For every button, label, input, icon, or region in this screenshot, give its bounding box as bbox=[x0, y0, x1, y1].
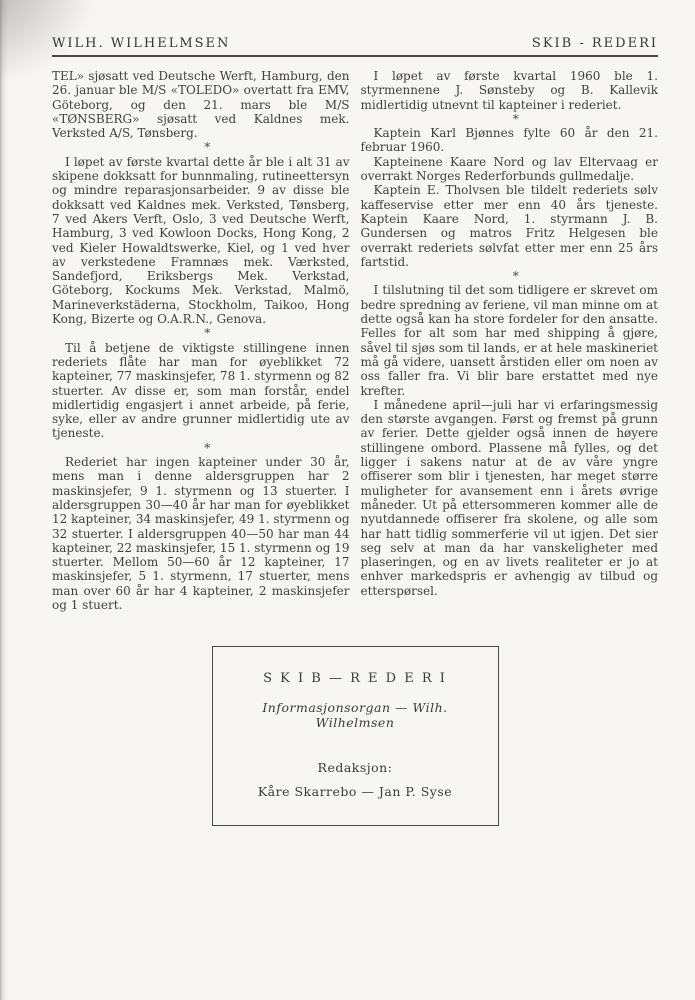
page-header: WILH. WILHELMSEN SKIB - REDERI bbox=[52, 36, 658, 57]
scanned-document-page: { "header": { "left": "WILH. WILHELMSEN"… bbox=[0, 0, 695, 1000]
masthead-subtitle: Informasjonsorgan — Wilh. Wilhelmsen bbox=[225, 700, 486, 730]
right-column: I løpet av første kvartal 1960 ble 1. st… bbox=[361, 69, 659, 612]
masthead-editors-label: Redaksjon: bbox=[225, 760, 486, 775]
section-separator: * bbox=[361, 112, 659, 126]
page-content: WILH. WILHELMSEN SKIB - REDERI TEL» sjøs… bbox=[52, 36, 658, 826]
left-column: TEL» sjøsatt ved Deutsche Werft, Hamburg… bbox=[52, 69, 350, 612]
header-company-title: WILH. WILHELMSEN bbox=[52, 36, 230, 51]
section-separator: * bbox=[52, 441, 350, 455]
section-separator: * bbox=[52, 140, 350, 154]
paragraph: Rederiet har ingen kapteiner under 30 år… bbox=[52, 455, 350, 612]
masthead-title: S K I B — R E D E R I bbox=[225, 671, 486, 686]
section-separator: * bbox=[361, 269, 659, 283]
paragraph: Kaptein E. Tholvsen ble tildelt rederiet… bbox=[361, 183, 659, 269]
paragraph: Til å betjene de viktigste stillingene i… bbox=[52, 341, 350, 441]
paragraph: I løpet av første kvartal 1960 ble 1. st… bbox=[361, 69, 659, 112]
masthead-box: S K I B — R E D E R I Informasjonsorgan … bbox=[212, 646, 499, 826]
masthead-editors: Kåre Skarrebo — Jan P. Syse bbox=[225, 784, 486, 799]
paragraph: I månedene april—juli har vi erfaringsme… bbox=[361, 398, 659, 598]
section-separator: * bbox=[52, 326, 350, 340]
paragraph: I tilslutning til det som tidligere er s… bbox=[361, 283, 659, 397]
paragraph: I løpet av første kvartal dette år ble i… bbox=[52, 155, 350, 327]
paragraph: Kapteinene Kaare Nord og lav Eltervaag e… bbox=[361, 155, 659, 184]
paragraph: TEL» sjøsatt ved Deutsche Werft, Hamburg… bbox=[52, 69, 350, 140]
header-publication-title: SKIB - REDERI bbox=[532, 36, 658, 51]
two-column-body: TEL» sjøsatt ved Deutsche Werft, Hamburg… bbox=[52, 69, 658, 612]
paragraph: Kaptein Karl Bjønnes fylte 60 år den 21.… bbox=[361, 126, 659, 155]
